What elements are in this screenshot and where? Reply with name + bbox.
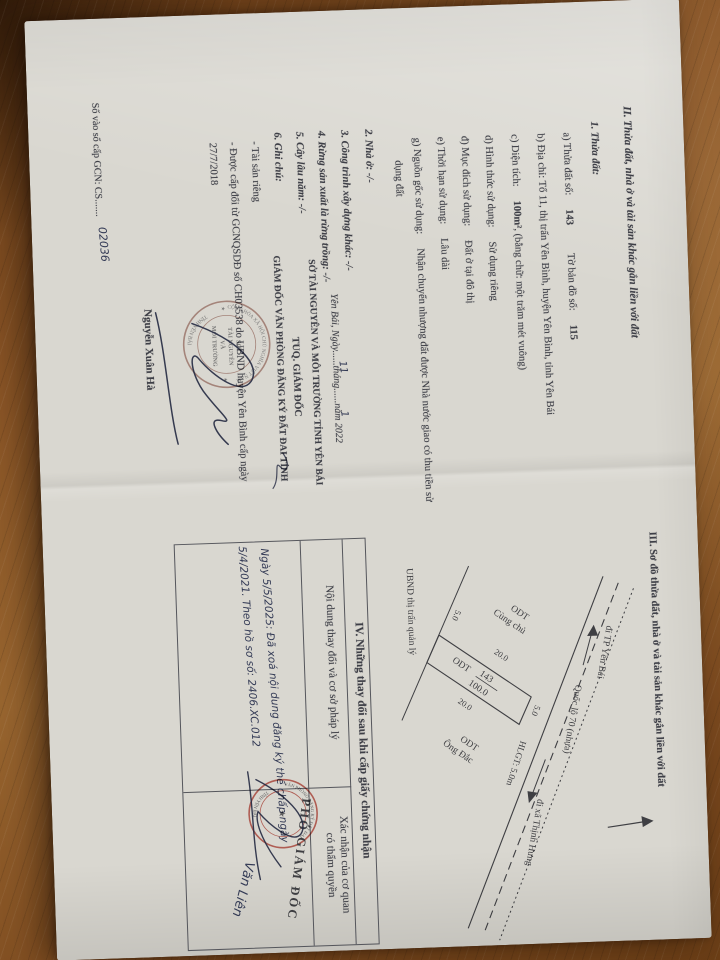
parcel-number-value: 143 [563,209,575,225]
house-value: -/- [364,173,375,183]
north-arrow-icon [607,816,653,829]
table-header-divider [300,541,315,946]
road-name: Quốc lộ 70 (nhựa) [561,684,584,755]
neighbor-right-name: Ông Đắc [441,737,476,766]
perennial-label: 5. Cây lâu năm: [293,132,306,202]
row-use-purpose: đ) Mục đích sử dụng:Đất ở tại đô thị [457,136,475,304]
road-arrow-left-icon [582,625,599,666]
map-sheet-value: 115 [567,325,579,341]
neighbor-right-use: ODT [458,735,480,754]
use-term-label: e) Thời hạn sử dụng: [435,137,449,225]
use-form-value: Sử dụng riêng [486,241,499,301]
certificate-page: II. Thửa đất, nhà ở và tài sản khác gắn … [24,0,711,960]
road-corridor-label: HLGT: 5.0m [504,740,528,787]
other-construction-value: -/- [343,261,354,271]
forest-value: -/- [320,272,331,282]
subsection-1-heading: 1. Thửa đất: [587,121,601,175]
serial-dots: ....... [93,199,105,217]
signer-name: Nguyễn Xuân Hà [140,309,156,391]
agency-name: SỞ TÀI NGUYÊN VÀ MÔI TRƯỜNG TỈNH YÊN BÁI [304,259,323,485]
section-ii-heading: II. Thửa đất, nhà ở và tài sản khác gắn … [619,106,640,338]
parcel-outline [426,632,532,728]
use-origin-value: Nhận chuyển nhượng đất được Nhà nước gia… [414,248,434,502]
neighbor-left-name: Cùng chủ [491,608,527,637]
dimension-left: 5.0 [450,609,463,623]
other-construction-label: 3. Công trình xây dựng khác: [338,130,353,259]
signing-authority: TUQ. GIÁM ĐỐC [288,337,303,417]
address-label: b) Địa chỉ: [535,133,548,178]
note-reissued-from: - Được cấp đổi từ GCNQSDĐ số CH03538 do … [225,142,249,482]
serial-line: Số vào sổ cấp GCN: CS....... [88,103,104,217]
neighbor-right-labels: ODT Ông Đắc [441,728,482,766]
dimension-top: 20.0 [493,647,511,664]
row-area: c) Diện tích:100m², (bằng chữ: một trăm … [507,134,528,370]
map-sheet-label: Tờ bản đồ số: [565,253,578,311]
paper-fold-crease [40,450,696,503]
house-label: 2. Nhà ở: [362,129,374,170]
deputy-title: GIÁM ĐỐC VĂN PHÒNG ĐĂNG KÝ ĐẤT ĐAI TỈNH [269,255,288,481]
handwritten-day: 11 [335,360,349,374]
parcel-number-label: a) Thửa đất số: [561,132,574,195]
road-destination-left: đi TP Yên Bái [594,625,613,680]
road-destination-right: đi xã Thịnh Hưng [523,798,545,866]
stamp1-ring-bottom: TỈNH YÊN BÁI [185,313,209,345]
serial-label: Số vào sổ cấp GCN: CS [89,103,103,200]
parcel-labels: ODT 143 100.0 [445,652,503,702]
row-use-form: d) Hình thức sử dụng:Sử dụng riêng [481,135,499,301]
date-suffix: năm 2022 [332,403,344,443]
serial-number-handwritten: 02036 [95,226,111,262]
section-iii-heading: III. Sơ đồ thửa đất, nhà ở và tài sản kh… [645,531,666,787]
photo-of-document: II. Thửa đất, nhà ở và tài sản khác gắn … [0,0,720,960]
use-origin-label: g) Nguồn gốc sử dụng: [411,137,425,234]
address-value: Tổ 11, thị trấn Yên Bình, huyện Yên Bình… [536,180,555,415]
stamp1-star-right-icon: ★ [222,377,228,382]
row-other-construction: 3. Công trình xây dựng khác: -/- [337,130,354,271]
stamp1-line4: MÔI TRƯỜNG [210,326,219,367]
svg-text:TỈNH YÊN BÁI: TỈNH YÊN BÁI [185,313,209,345]
date-prefix: Yên Bái, Ngày [328,293,341,350]
parcel-area-diagram: 100.0 [466,679,490,699]
stamp1-star-left-icon: ★ [219,306,225,311]
note-reissued-date: 27/7/2018 [205,143,219,186]
area-value: 100m² [511,200,523,228]
forest-label: 4. Rừng sản xuất là rừng trồng: [315,131,331,270]
stamp1-line3: VÀ [219,340,227,350]
road-lines [456,575,645,941]
handwritten-month: 1 [337,410,350,418]
parcel-number-diagram: 143 [477,669,495,685]
use-purpose-value: Đất ở tại đô thị [462,240,475,304]
dimension-bottom: 20.0 [456,696,474,713]
row-notes-heading: 6. Ghi chú: [270,132,284,182]
use-purpose-label: đ) Mục đích sử dụng: [459,136,473,227]
row-house: 2. Nhà ở: -/- [361,129,375,183]
neighbor-left-use: ODT [508,604,530,623]
row-forest: 4. Rừng sản xuất là rừng trồng: -/- [314,131,332,283]
parcel-use-label: ODT [450,656,472,675]
road-arrow-right-icon [526,759,546,803]
area-in-words: , (bằng chữ: một trăm mét vuông) [512,228,528,370]
perennial-value: -/- [296,204,307,214]
note-private-asset: - Tài sản riêng [247,141,262,202]
row-address: b) Địa chỉ: Tổ 11, thị trấn Yên Bình, hu… [533,133,555,415]
agency-stamp: CỘNG HÒA XÃ HỘI CHỦ NGHĨA VIỆT NAM TỈNH … [182,300,271,389]
area-label: c) Diện tích: [509,134,522,187]
boundary-line [397,566,474,720]
neighbor-left-labels: ODT Cùng chủ [491,597,534,637]
row-parcel-number: a) Thửa đất số:143Tờ bản đồ số:115 [559,132,579,340]
row-use-origin: g) Nguồn gốc sử dụng:Nhận chuyển nhượng … [409,137,434,502]
row-use-origin-cont: dụng đất [391,160,405,197]
use-term-value: Lâu dài [438,238,450,270]
row-perennial: 5. Cây lâu năm: -/- [292,132,307,214]
managed-by-label: UBND thị trấn quản lý [404,568,418,656]
use-form-label: d) Hình thức sử dụng: [483,135,497,228]
date-dots-2: ...... [331,388,343,403]
row-use-term: e) Thời hạn sử dụng:Lâu dài [433,137,450,271]
dimension-right: 5.0 [529,704,542,718]
